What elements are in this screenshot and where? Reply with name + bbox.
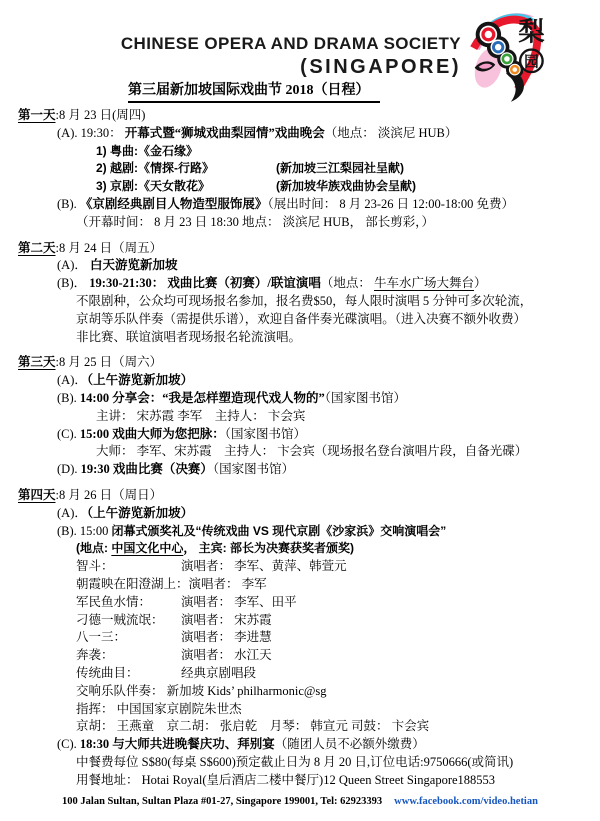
program-label: 智斗：	[76, 558, 181, 576]
text-segment: 第三天	[18, 355, 56, 369]
text-segment: （国家图书馆）	[325, 391, 406, 405]
text-segment: ）	[474, 276, 487, 290]
program-label: 3) 京剧:《天女散花》	[96, 178, 276, 196]
day-section: 第三天:8 月 25 日（周六）(A)．（上午游览新加坡）(B). 14:00 …	[0, 354, 600, 479]
footer-facebook-link[interactable]: www.facebook.com/video.hetian	[394, 796, 538, 807]
schedule-line: 刁德一贼流氓：演唱者： 宋苏霞	[0, 612, 600, 630]
program-label: 朝霞映在阳澄湖上：	[76, 576, 189, 594]
text-segment: 演唱者： 水江天	[181, 648, 272, 662]
logo-char-yuan: 园	[524, 54, 539, 71]
text-segment: 演唱者： 李军	[189, 577, 267, 591]
program-label: 2) 越剧:《情探-行路》	[96, 160, 276, 178]
footer-address: 100 Jalan Sultan, Sultan Plaza #01-27, S…	[62, 796, 382, 807]
logo-char-li: 梨	[518, 16, 545, 46]
text-segment: (C).	[57, 737, 80, 751]
text-segment: （展出时间： 8 月 23-26 日 12:00-18:00 免费）	[267, 197, 514, 211]
page-title: 第三届新加坡国际戏曲节 2018（日程）	[128, 79, 380, 103]
text-segment: （国家图书馆）	[225, 427, 306, 441]
schedule-line: 第四天:8 月 26 日（周日）	[0, 487, 600, 505]
schedule-line: 指挥： 中国国家京剧院朱世杰	[0, 701, 600, 719]
text-segment: (B)．	[57, 276, 89, 290]
text-segment: 京胡： 王燕童 京二胡： 张启乾 月琴： 韩宣元 司鼓： 卞会宾	[76, 719, 429, 733]
logo-calligraphy: 梨 园	[518, 16, 545, 72]
text-segment: :8 月 25 日（周六）	[56, 355, 163, 369]
text-segment: （国家图书馆）	[213, 462, 294, 476]
text-segment: (B). 15:00	[57, 524, 112, 538]
schedule-line: 智斗：演唱者： 李军、黄萍、韩萱元	[0, 558, 600, 576]
text-segment: 经典京剧唱段	[181, 666, 256, 680]
text-segment: (A)．	[57, 506, 87, 520]
text-segment: 《京剧经典剧目人物造型服饰展》	[80, 197, 268, 211]
schedule-line: (C). 18:30 与大师共进晚餐庆功、拜别宴（随团人员不必额外缴费）	[0, 736, 600, 754]
schedule-line: 传统曲目：经典京剧唱段	[0, 665, 600, 683]
day-section: 第二天:8 月 24 日（周五）(A)． 白天游览新加坡(B)． 19:30-2…	[0, 240, 600, 347]
text-segment: 大师： 李军、宋苏霞 主持人： 卞会宾（现场报名登台演唱片段，自备光碟）	[96, 444, 527, 458]
schedule-line: 奔袭：演唱者： 水江天	[0, 647, 600, 665]
text-segment: 第四天	[18, 488, 56, 502]
text-segment: 19:30 戏曲比赛（决赛）	[81, 462, 213, 476]
text-segment: 京胡等乐队伴奏（需提供乐谱），欢迎自备伴奏光碟演唱。（进入决赛不额外收费）	[76, 312, 526, 326]
schedule-line: (A). 19:30： 开幕式暨“狮城戏曲梨园情”戏曲晚会（地点： 淡滨尼 HU…	[0, 125, 600, 143]
text-segment: （地点： 淡滨尼 HUB）	[325, 126, 458, 140]
text-segment: :8 月 26 日（周日）	[56, 488, 163, 502]
schedule-line: 非比赛、联谊演唱者现场报名轮流演唱。	[0, 329, 600, 347]
schedule-line: 大师： 李军、宋苏霞 主持人： 卞会宾（现场报名登台演唱片段，自备光碟）	[0, 443, 600, 461]
text-segment: 用餐地址： Hotai Royal(皇后酒店二楼中餐厅)12 Queen Str…	[76, 773, 495, 787]
schedule-line: 八一三：演唱者： 李进慧	[0, 629, 600, 647]
text-segment: (D).	[57, 462, 81, 476]
text-segment: 演唱者： 李军、田平	[181, 595, 297, 609]
text-segment: 19:30-21:30： 戏曲比赛（初赛）/联谊演唱	[89, 276, 321, 290]
text-segment: 18:30 与大师共进晚餐庆功、拜别宴	[80, 737, 275, 751]
text-segment: 第二天	[18, 241, 56, 255]
schedule-line: 主讲： 宋苏霞 李军 主持人： 卞会宾	[0, 408, 600, 426]
text-segment: (地点:	[76, 541, 111, 555]
text-segment: （上午游览新加坡）	[87, 373, 193, 387]
text-segment: ， 主宾: 部长为决赛获奖者颁奖)	[183, 541, 354, 555]
schedule-line: 用餐地址： Hotai Royal(皇后酒店二楼中餐厅)12 Queen Str…	[0, 772, 600, 790]
text-segment: 中餐费每位 S$80(每桌 S$600)预定截止日为 8 月 20 日,订位电话…	[76, 755, 513, 769]
schedule-line: (地点: 中国文化中心， 主宾: 部长为决赛获奖者颁奖)	[0, 540, 600, 558]
schedule-line: (A)．（上午游览新加坡）	[0, 372, 600, 390]
text-segment: （开幕时间： 8 月 23 日 18:30 地点： 淡滨尼 HUB， 部长剪彩，…	[76, 215, 434, 229]
day-section: 第四天:8 月 26 日（周日）(A)．（上午游览新加坡）(B). 15:00 …	[0, 487, 600, 790]
text-segment: :8 月 23 日(周四)	[56, 108, 146, 122]
text-segment: 14:00 分享会：“我是怎样塑造现代戏人物的”	[80, 391, 325, 405]
schedule-line: 不限剧种，公众均可现场报名参加，报名费$50，每人限时演唱 5 分钟可多次轮流，	[0, 293, 600, 311]
text-segment: 第一天	[18, 108, 56, 122]
document-page: CHINESE OPERA AND DRAMA SOCIETY (SINGAPO…	[0, 0, 600, 821]
org-name-line1: CHINESE OPERA AND DRAMA SOCIETY	[121, 33, 461, 55]
schedule-line: 朝霞映在阳澄湖上：演唱者： 李军	[0, 576, 600, 594]
text-segment: （上午游览新加坡）	[87, 506, 193, 520]
program-label: 刁德一贼流氓：	[76, 612, 181, 630]
program-label: 军民鱼水情：	[76, 594, 181, 612]
schedule-line: 第三天:8 月 25 日（周六）	[0, 354, 600, 372]
schedule-line: (B). 14:00 分享会：“我是怎样塑造现代戏人物的”（国家图书馆）	[0, 390, 600, 408]
schedule-line: (B)． 19:30-21:30： 戏曲比赛（初赛）/联谊演唱（地点： 牛车水广…	[0, 275, 600, 293]
text-segment: 交响乐队伴奏： 新加坡 Kids’ philharmonic@sg	[76, 684, 327, 698]
text-segment: (B).	[57, 391, 80, 405]
schedule-line: 中餐费每位 S$80(每桌 S$600)预定截止日为 8 月 20 日,订位电话…	[0, 754, 600, 772]
text-segment: (A). 19:30：	[57, 126, 125, 140]
text-segment: 闭幕式颁奖礼及“传统戏曲 VS 现代京剧《沙家浜》交响演唱会”	[112, 524, 447, 538]
text-segment: (A)．	[57, 258, 90, 272]
org-name: CHINESE OPERA AND DRAMA SOCIETY (SINGAPO…	[121, 33, 461, 79]
schedule-line: 军民鱼水情：演唱者： 李军、田平	[0, 594, 600, 612]
schedule-line: (C). 15:00 戏曲大师为您把脉：（国家图书馆）	[0, 426, 600, 444]
text-segment: 不限剧种，公众均可现场报名参加，报名费$50，每人限时演唱 5 分钟可多次轮流，	[76, 294, 532, 308]
schedule-line: 第二天:8 月 24 日（周五）	[0, 240, 600, 258]
program-label: 八一三：	[76, 629, 181, 647]
schedule-line: 3) 京剧:《天女散花》(新加坡华族戏曲协会呈献)	[0, 178, 600, 196]
schedule-line: 京胡等乐队伴奏（需提供乐谱），欢迎自备伴奏光碟演唱。（进入决赛不额外收费）	[0, 311, 600, 329]
text-segment: 中国文化中心	[111, 541, 183, 555]
text-segment: (新加坡华族戏曲协会呈献)	[276, 179, 416, 193]
day-section: 第一天:8 月 23 日(周四)(A). 19:30： 开幕式暨“狮城戏曲梨园情…	[0, 107, 600, 232]
text-segment: （随团人员不必额外缴费）	[275, 737, 425, 751]
text-segment: 演唱者： 李军、黄萍、韩萱元	[181, 559, 347, 573]
schedule-line: (A)． 白天游览新加坡	[0, 257, 600, 275]
schedule-line: 2) 越剧:《情探-行路》(新加坡三江梨园社呈献)	[0, 160, 600, 178]
text-segment: (A)．	[57, 373, 87, 387]
schedule-line: (B). 《京剧经典剧目人物造型服饰展》（展出时间： 8 月 23-26 日 1…	[0, 196, 600, 214]
text-segment: (新加坡三江梨园社呈献)	[276, 161, 404, 175]
schedule-line: 第一天:8 月 23 日(周四)	[0, 107, 600, 125]
schedule-line: 1) 粤曲:《金石缘》	[0, 143, 600, 161]
schedule-line: (B). 15:00 闭幕式颁奖礼及“传统戏曲 VS 现代京剧《沙家浜》交响演唱…	[0, 523, 600, 541]
program-label: 传统曲目：	[76, 665, 181, 683]
schedule-line: （开幕时间： 8 月 23 日 18:30 地点： 淡滨尼 HUB， 部长剪彩，…	[0, 214, 600, 232]
text-segment: 15:00 戏曲大师为您把脉：	[80, 427, 225, 441]
program-label: 奔袭：	[76, 647, 181, 665]
footer: 100 Jalan Sultan, Sultan Plaza #01-27, S…	[0, 796, 600, 807]
text-segment: (B).	[57, 197, 80, 211]
text-segment: 开幕式暨“狮城戏曲梨园情”戏曲晚会	[125, 126, 325, 140]
text-segment: （地点：	[321, 276, 374, 290]
text-segment: 指挥： 中国国家京剧院朱世杰	[76, 702, 242, 716]
text-segment: 牛车水广场大舞台	[374, 276, 474, 290]
org-name-line2: (SINGAPORE)	[121, 55, 461, 79]
text-segment: (C).	[57, 427, 80, 441]
text-segment: 演唱者： 宋苏霞	[181, 613, 272, 627]
schedule-line: 京胡： 王燕童 京二胡： 张启乾 月琴： 韩宣元 司鼓： 卞会宾	[0, 718, 600, 736]
schedule-line: 交响乐队伴奏： 新加坡 Kids’ philharmonic@sg	[0, 683, 600, 701]
schedule: 第一天:8 月 23 日(周四)(A). 19:30： 开幕式暨“狮城戏曲梨园情…	[0, 107, 600, 789]
text-segment: 主讲： 宋苏霞 李军 主持人： 卞会宾	[96, 409, 305, 423]
text-segment: 白天游览新加坡	[90, 258, 178, 272]
text-segment: 非比赛、联谊演唱者现场报名轮流演唱。	[76, 330, 301, 344]
schedule-line: (A)．（上午游览新加坡）	[0, 505, 600, 523]
society-logo: 梨 园	[462, 5, 548, 103]
program-label: 1) 粤曲:《金石缘》	[96, 143, 276, 161]
text-segment: 演唱者： 李进慧	[181, 630, 272, 644]
schedule-line: (D). 19:30 戏曲比赛（决赛）（国家图书馆）	[0, 461, 600, 479]
text-segment: :8 月 24 日（周五）	[56, 241, 163, 255]
